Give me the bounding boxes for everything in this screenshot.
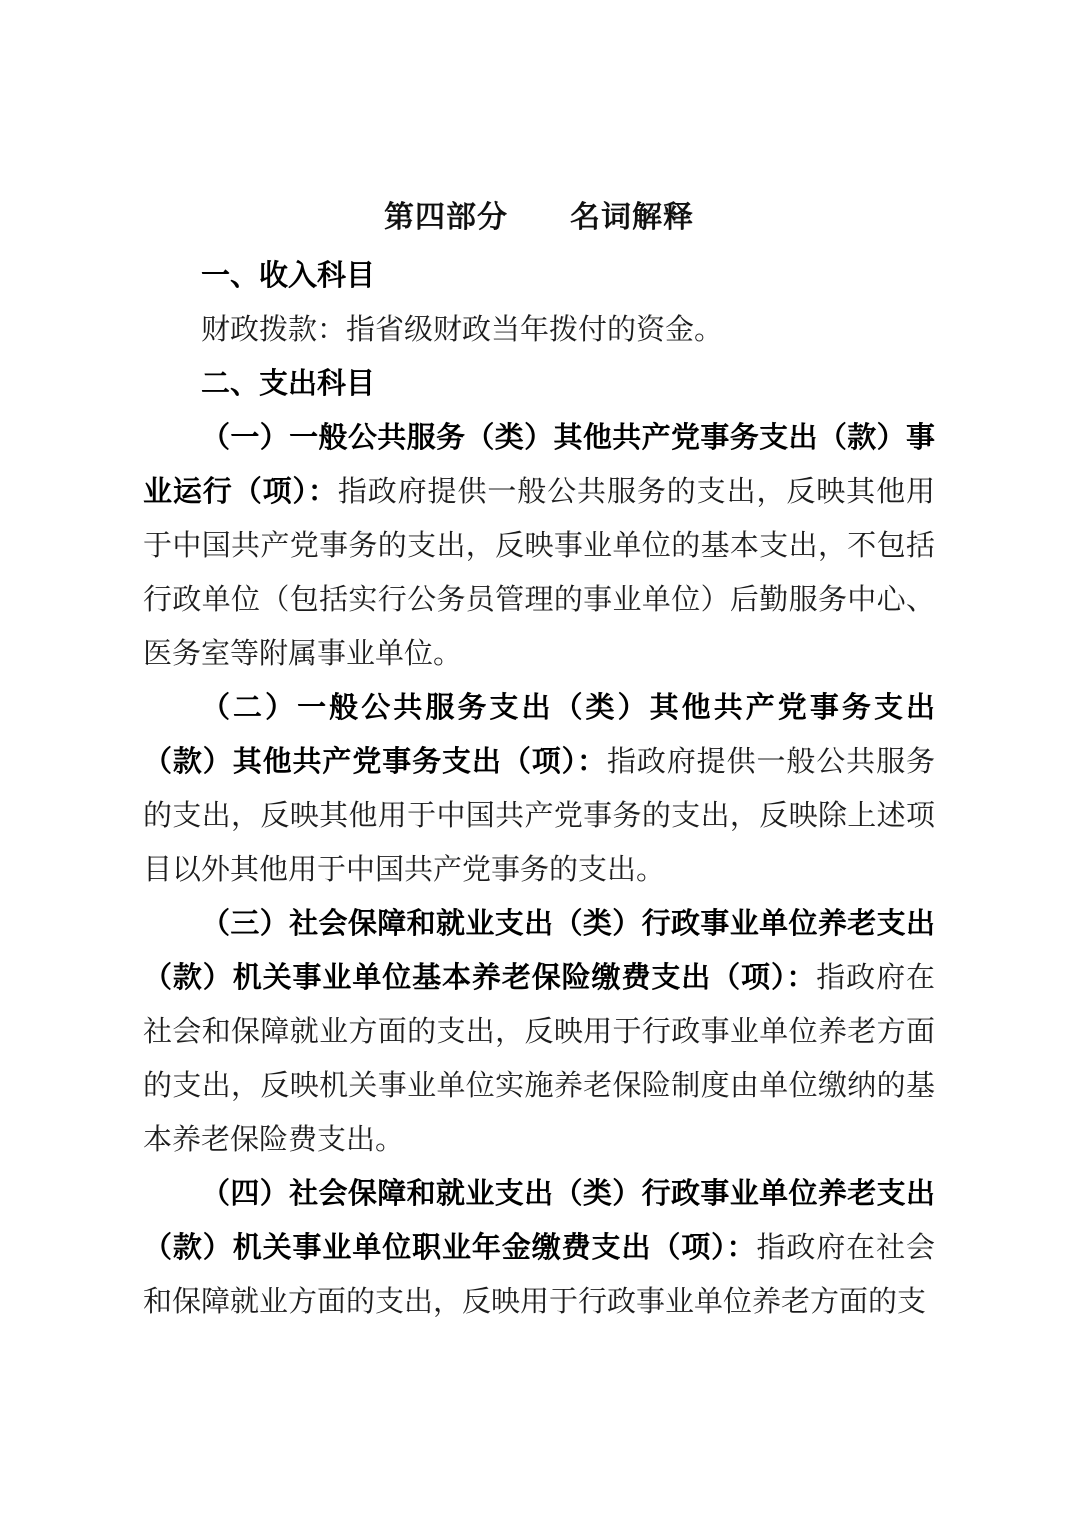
expenditure-item-2: （二）一般公共服务支出（类）其他共产党事务支出（款）其他共产党事务支出（项）：指… [143,681,935,897]
expenditure-section-heading: 二、支出科目 [143,357,935,411]
document-page: 第四部分 名词解释 一、收入科目 财政拨款：指省级财政当年拨付的资金。 二、支出… [0,0,1074,1520]
expenditure-item-3: （三）社会保障和就业支出（类）行政事业单位养老支出（款）机关事业单位基本养老保险… [143,897,935,1167]
expenditure-item-4: （四）社会保障和就业支出（类）行政事业单位养老支出（款）机关事业单位职业年金缴费… [143,1167,935,1329]
income-section-heading: 一、收入科目 [143,249,935,303]
expenditure-item-1: （一）一般公共服务（类）其他共产党事务支出（款）事业运行（项）：指政府提供一般公… [143,411,935,681]
income-definition-paragraph: 财政拨款：指省级财政当年拨付的资金。 [143,303,935,357]
page-title: 第四部分 名词解释 [143,191,935,245]
